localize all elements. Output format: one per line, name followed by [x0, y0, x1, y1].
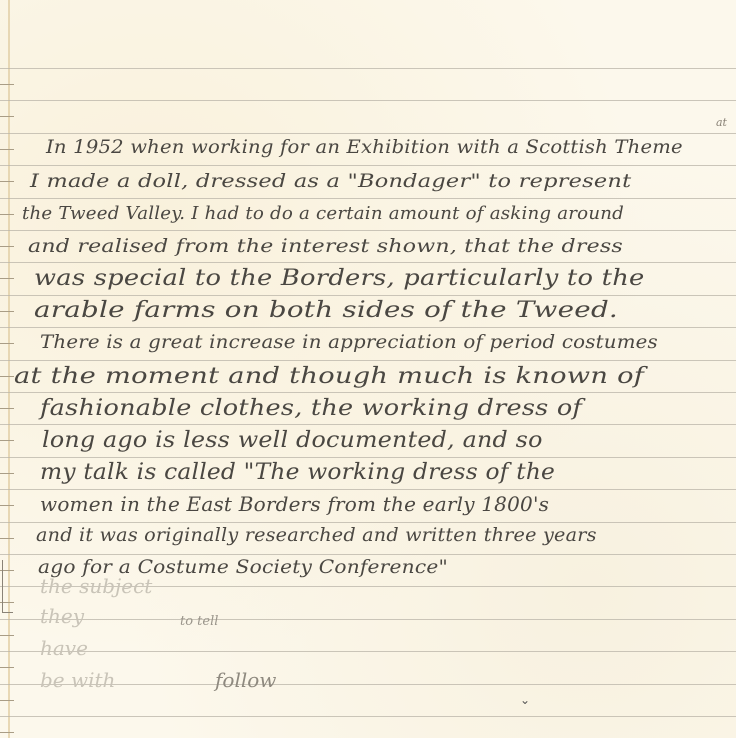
margin-tick — [0, 408, 14, 409]
text-line: I made a doll, dressed as a "Bondager" t… — [30, 170, 736, 192]
ghost-text: be with — [40, 668, 115, 692]
text-line: was special to the Borders, particularly… — [34, 266, 736, 291]
ruled-line — [0, 457, 736, 458]
text-line: There is a great increase in appreciatio… — [40, 331, 736, 353]
ruled-line — [0, 165, 736, 166]
margin-line — [8, 0, 10, 738]
margin-tick — [0, 473, 14, 474]
ghost-text: the subject — [40, 574, 152, 598]
text-line: at the moment and though much is known o… — [14, 364, 736, 389]
ghost-text: follow — [215, 668, 276, 692]
margin-tick — [0, 700, 14, 701]
ruled-line — [0, 716, 736, 717]
margin-tick — [0, 440, 14, 441]
text-line: women in the East Borders from the early… — [40, 492, 736, 516]
ruled-line — [0, 100, 736, 101]
text-line: arable farms on both sides of the Tweed. — [34, 298, 736, 323]
text-line: and realised from the interest shown, th… — [28, 235, 736, 257]
ruled-line — [0, 295, 736, 296]
margin-bracket-mark — [2, 560, 13, 613]
ghost-text: they — [40, 604, 84, 628]
margin-tick — [0, 732, 14, 733]
ruled-line — [0, 424, 736, 425]
margin-note: at — [716, 116, 727, 129]
text-line: my talk is called "The working dress of … — [40, 460, 736, 485]
margin-tick — [0, 343, 14, 344]
notebook-page: In 1952 when working for an Exhibition w… — [0, 0, 736, 738]
margin-tick — [0, 376, 14, 377]
ruled-line — [0, 68, 736, 69]
margin-tick — [0, 278, 14, 279]
text-line: and it was originally researched and wri… — [36, 524, 736, 546]
text-line: In 1952 when working for an Exhibition w… — [46, 136, 736, 158]
ruled-line — [0, 651, 736, 652]
margin-tick — [0, 635, 14, 636]
ruled-line — [0, 230, 736, 231]
margin-tick — [0, 214, 14, 215]
ruled-line — [0, 489, 736, 490]
ghost-text: have — [40, 636, 88, 660]
text-line: long ago is less well documented, and so — [42, 428, 736, 453]
margin-tick — [0, 667, 14, 668]
ruled-line — [0, 619, 736, 620]
ghost-text: to tell — [180, 614, 218, 629]
margin-tick — [0, 116, 14, 117]
margin-tick — [0, 311, 14, 312]
margin-tick — [0, 181, 14, 182]
ruled-line — [0, 133, 736, 134]
ruled-line — [0, 522, 736, 523]
margin-tick — [0, 538, 14, 539]
ruled-line — [0, 198, 736, 199]
ruled-line — [0, 327, 736, 328]
margin-tick — [0, 149, 14, 150]
ruled-line — [0, 392, 736, 393]
ruled-line — [0, 554, 736, 555]
ruled-line — [0, 262, 736, 263]
text-line: the Tweed Valley. I had to do a certain … — [22, 203, 736, 224]
margin-tick — [0, 505, 14, 506]
ruled-line — [0, 360, 736, 361]
margin-tick — [0, 246, 14, 247]
checkmark-icon: ⌄ — [520, 693, 530, 707]
text-line: fashionable clothes, the working dress o… — [40, 396, 736, 421]
margin-tick — [0, 84, 14, 85]
